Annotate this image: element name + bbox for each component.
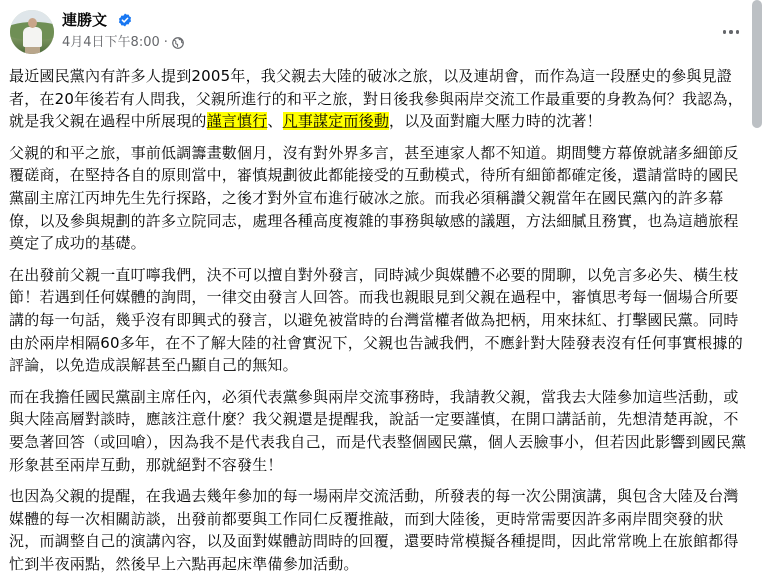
meta-separator: · xyxy=(164,35,168,51)
avatar-person-legs xyxy=(25,46,40,54)
post-paragraph-5: 也因為父親的提醒，在我過去幾年參加的每一場兩岸交流活動，所發表的每一次公開演講，… xyxy=(9,485,747,575)
highlighted-text: 凡事謀定而後動 xyxy=(283,112,389,130)
highlighted-text: 謹言慎行 xyxy=(207,112,268,130)
more-options-button[interactable] xyxy=(718,26,744,38)
globe-icon[interactable] xyxy=(172,37,184,49)
more-options-icon-dot xyxy=(736,30,740,34)
author-name[interactable]: 連勝文 xyxy=(62,10,107,30)
post-paragraph-2: 父親的和平之旅，事前低調籌畫數個月，沒有對外界多言，甚至連家人都不知道。期間雙方… xyxy=(9,142,747,255)
post-body: 最近國民黨內有許多人提到2005年，我父親去大陸的破冰之旅，以及連胡會，而作為這… xyxy=(9,65,747,584)
paragraph-text: ，以及面對龐大壓力時的沈著！ xyxy=(389,112,602,130)
post-timestamp[interactable]: 4月4日下午8:00 xyxy=(62,35,160,51)
post-meta: 4月4日下午8:00 · xyxy=(62,35,184,51)
paragraph-text: 父親的和平之旅，事前低調籌畫數個月，沒有對外界多言，甚至連家人都不知道。期間雙方… xyxy=(9,144,739,252)
scrollbar-thumb[interactable] xyxy=(752,0,762,128)
more-options-icon-dot xyxy=(723,30,727,34)
paragraph-text: 在出發前父親一直叮嚀我們，決不可以擅自對外發言，同時減少與媒體不必要的閒聊，以免… xyxy=(9,266,743,374)
paragraph-text: 也因為父親的提醒，在我過去幾年參加的每一場兩岸交流活動，所發表的每一次公開演講，… xyxy=(9,487,739,573)
avatar[interactable] xyxy=(10,10,54,54)
post-header: 連勝文 4月4日下午8:00 · xyxy=(0,0,745,64)
post-paragraph-1: 最近國民黨內有許多人提到2005年，我父親去大陸的破冰之旅，以及連胡會，而作為這… xyxy=(9,65,747,133)
more-options-icon-dot xyxy=(729,30,733,34)
paragraph-text: 而在我擔任國民黨副主席任內，必須代表黨參與兩岸交流事務時，我請教父親，當我去大陸… xyxy=(9,388,746,474)
avatar-person-body xyxy=(23,27,42,47)
verified-badge-icon xyxy=(118,13,132,27)
post-paragraph-4: 而在我擔任國民黨副主席任內，必須代表黨參與兩岸交流事務時，我請教父親，當我去大陸… xyxy=(9,386,747,476)
post-paragraph-3: 在出發前父親一直叮嚀我們，決不可以擅自對外發言，同時減少與媒體不必要的閒聊，以免… xyxy=(9,264,747,377)
avatar-person-head xyxy=(28,18,37,28)
paragraph-text: 、 xyxy=(267,112,282,130)
